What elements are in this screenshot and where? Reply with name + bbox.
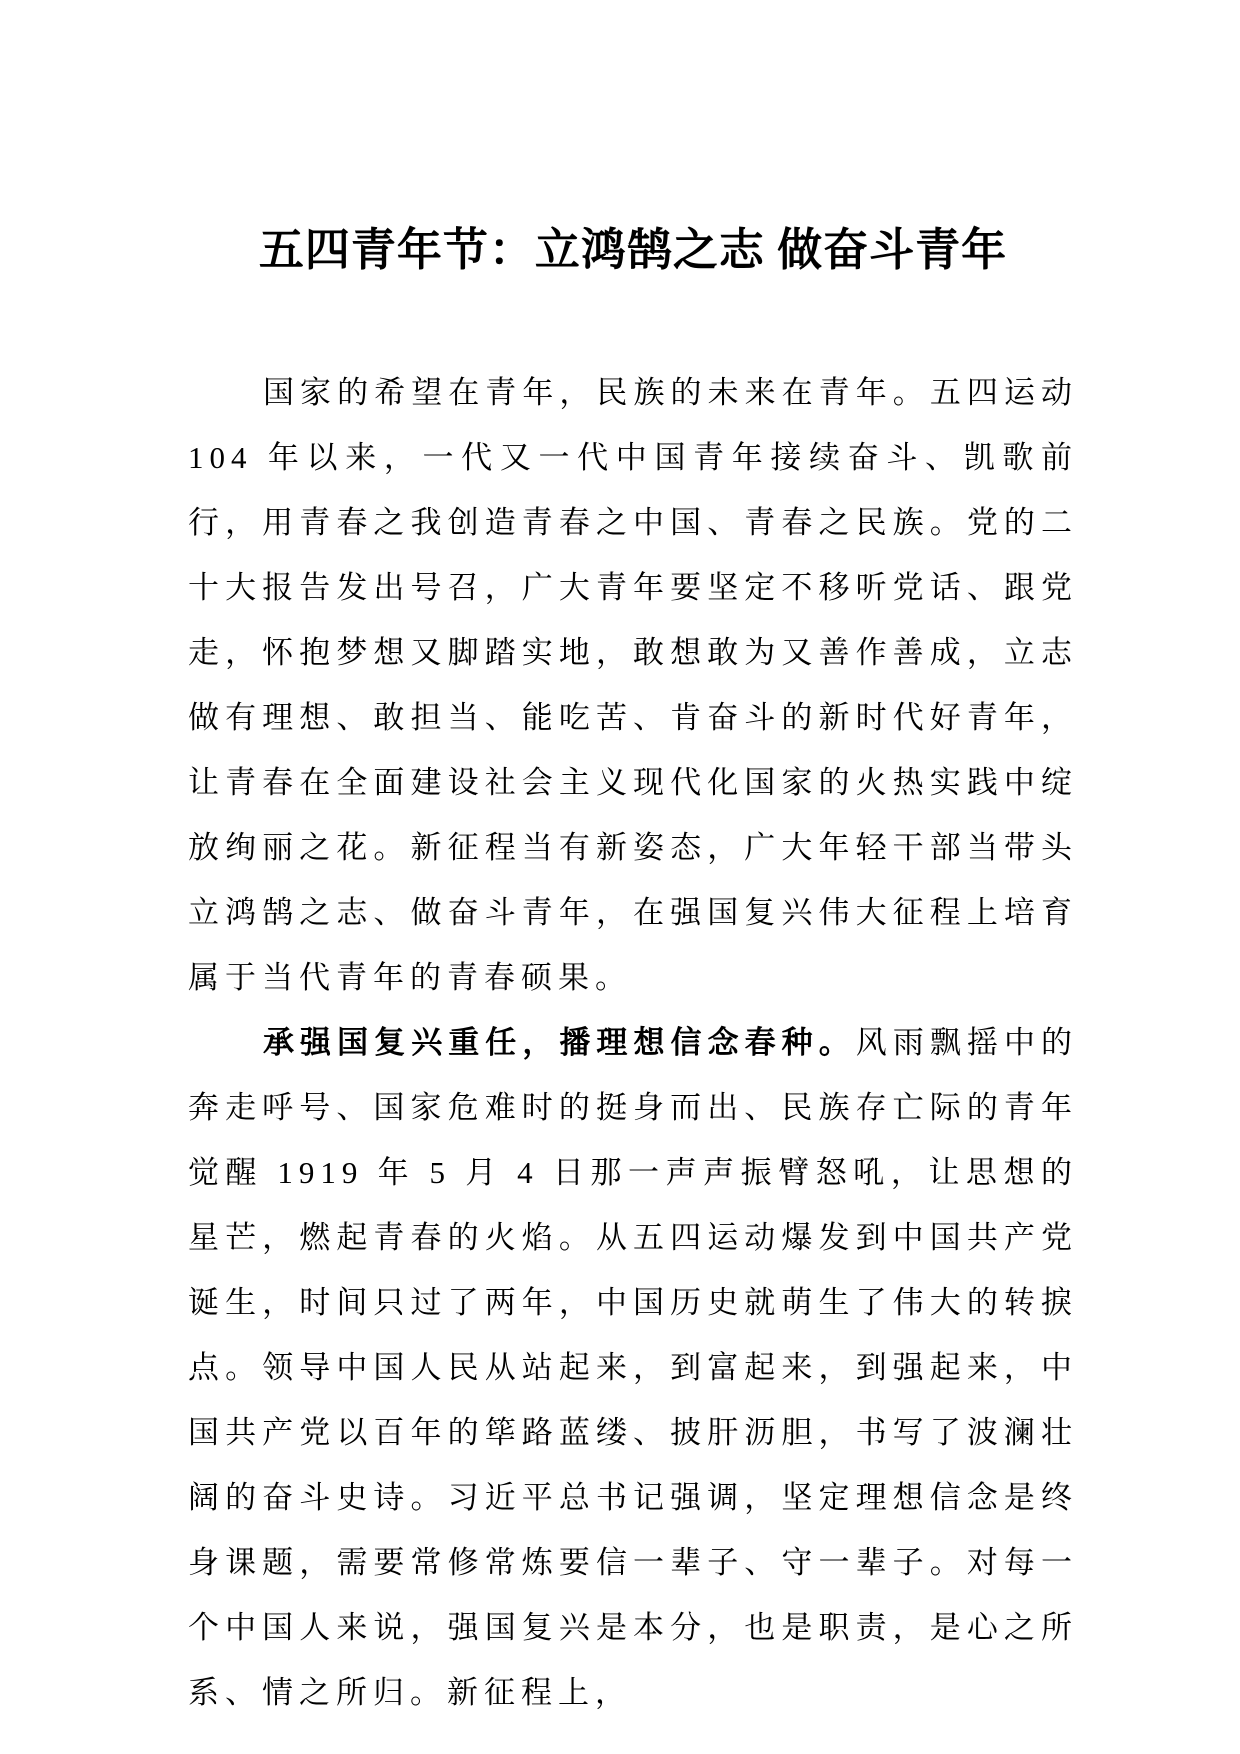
paragraph-1-text: 国家的希望在青年，民族的未来在青年。五四运动 104 年以来，一代又一代中国青年… [188,375,1078,995]
paragraph-2: 承强国复兴重任，播理想信念春种。风雨飘摇中的奔走呼号、国家危难时的挺身而出、民族… [188,1010,1078,1725]
paragraph-2-lead: 承强国复兴重任，播理想信念春种。 [263,1025,856,1060]
paragraph-1: 国家的希望在青年，民族的未来在青年。五四运动 104 年以来，一代又一代中国青年… [188,360,1078,1010]
paragraph-2-text: 风雨飘摇中的奔走呼号、国家危难时的挺身而出、民族存亡际的青年觉醒 1919 年 … [188,1025,1078,1710]
document-title: 五四青年节：立鸿鹄之志 做奋斗青年 [188,222,1078,278]
document-page: 五四青年节：立鸿鹄之志 做奋斗青年 国家的希望在青年，民族的未来在青年。五四运动… [0,0,1240,1754]
document-body: 国家的希望在青年，民族的未来在青年。五四运动 104 年以来，一代又一代中国青年… [188,360,1078,1725]
